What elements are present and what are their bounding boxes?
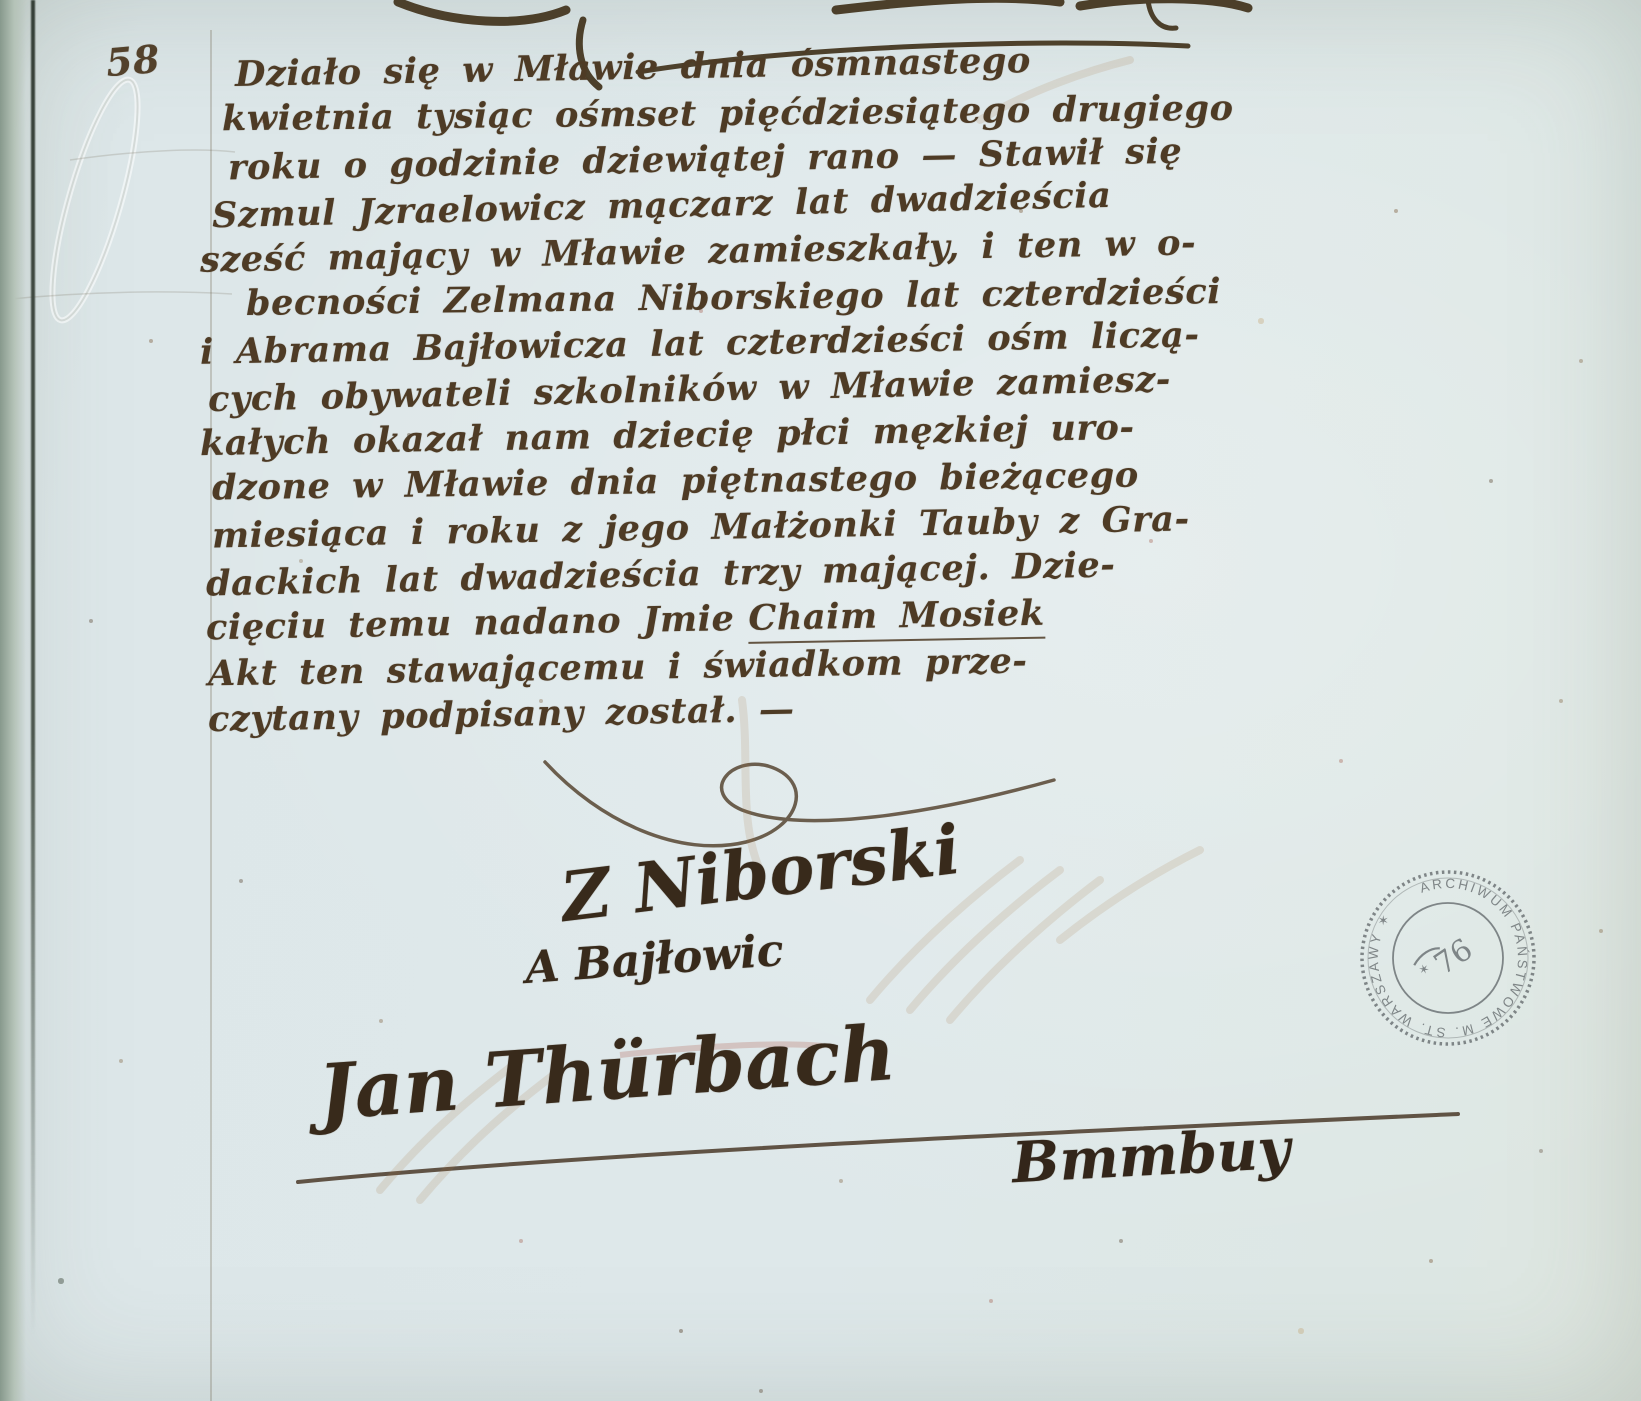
manuscript-line-2: kwietnia tysiąc ośmset pięćdziesiątego d…: [222, 91, 1234, 137]
manuscript-line-15: czytany podpisany został. —: [208, 692, 795, 737]
manuscript-line-9: kałych okazał nam dziecię płci męzkiej u…: [200, 410, 1135, 461]
manuscript-line-6: becności Zelmana Niborskiego lat czterdz…: [246, 274, 1222, 321]
manuscript-line-1: Działo się w Mławie dnia ósmnastego: [235, 43, 1031, 92]
archive-stamp: ARCHIWUM PAŃSTWOWE M. ST. WARSZAWY ✶ ✶ 7…: [1350, 860, 1546, 1056]
manuscript-line-5: sześć mający w Mławie zamieszkały, i ten…: [200, 225, 1197, 277]
stamp-number: 76: [1428, 932, 1479, 982]
manuscript-line-13-text: cięciu temu nadano Jmie: [206, 598, 735, 648]
signature-niborski: Z Niborski: [557, 816, 964, 932]
binding-crease-line: [31, 0, 35, 1335]
manuscript-line-13: cięciu temu nadano JmieChaim Mosiek: [206, 596, 1045, 646]
scanned-register-page: 58 Działo się w Mławie dnia ósmnastego k…: [0, 0, 1641, 1401]
stamp-star-icon: ✶: [1416, 961, 1432, 979]
paper-speckles: [0, 0, 2, 2]
signature-flourish: Bmmbuy: [1011, 1121, 1292, 1191]
record-number: 58: [104, 40, 161, 83]
signature-registrar: Jan Thürbach: [316, 1015, 898, 1131]
embossed-seal: [36, 73, 155, 328]
manuscript-line-10: dzone w Mławie dnia piętnastego bieżąceg…: [212, 458, 1139, 506]
manuscript-line-14: Akt ten stawającemu i świadkom prze-: [208, 644, 1028, 692]
child-name: Chaim Mosiek: [748, 593, 1045, 644]
binding-edge: [0, 0, 26, 1401]
signature-bajlowic: A Bajłowic: [524, 929, 785, 991]
